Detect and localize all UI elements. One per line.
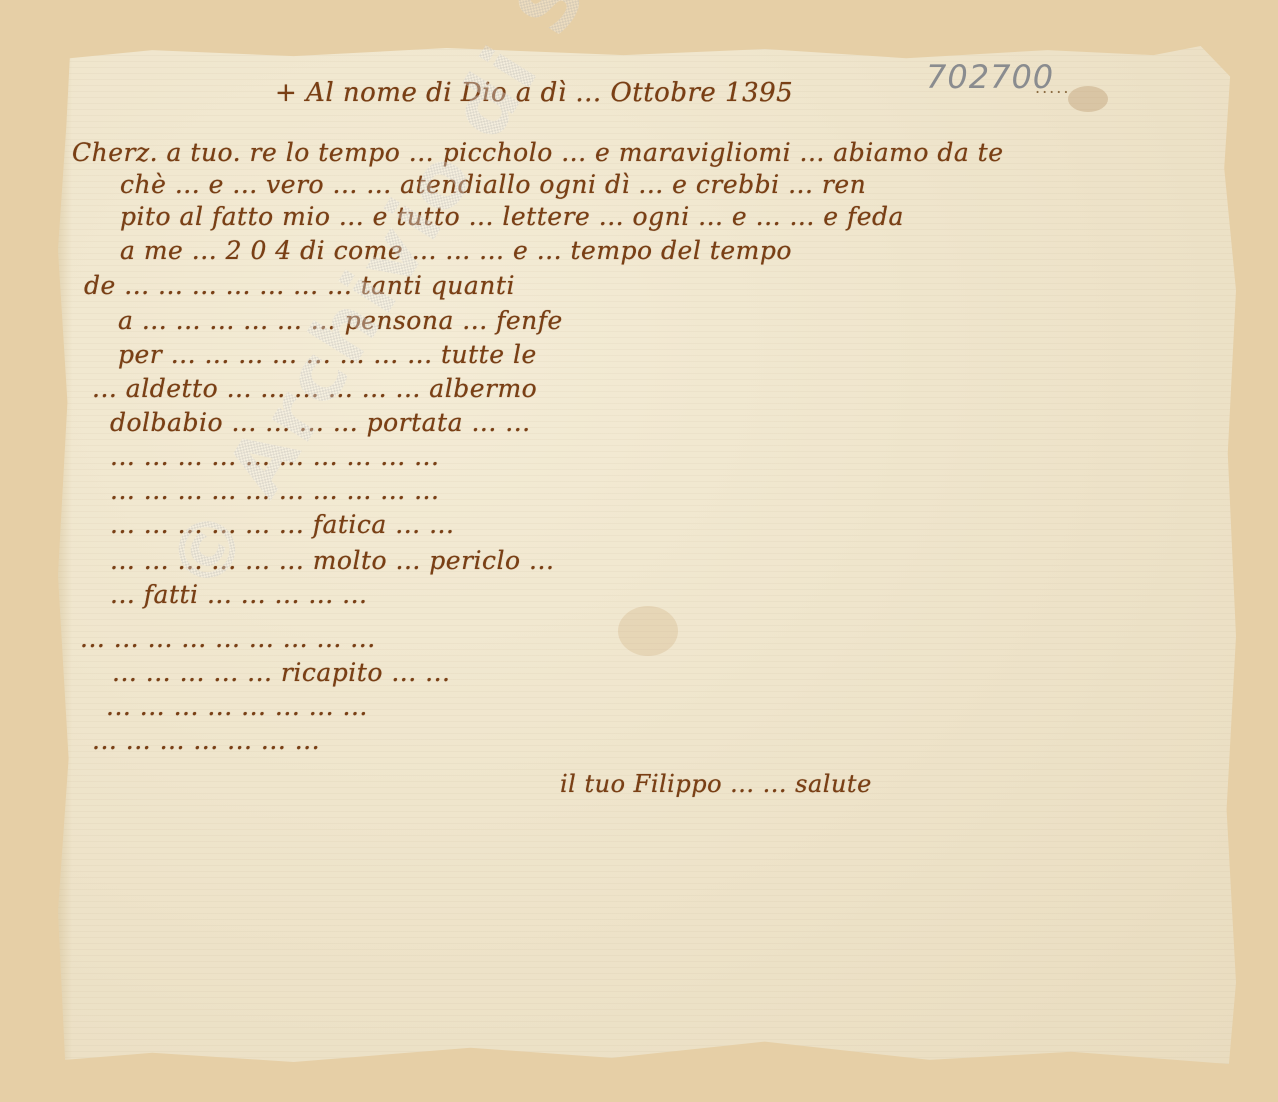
text-line: ... ... ... ... ... ... ... ... ... xyxy=(80,624,376,653)
text-line: Cherz. a tuo. re lo tempo ... piccholo .… xyxy=(72,138,1004,167)
text-line: a me ... 2 0 4 di come ... ... ... e ...… xyxy=(120,236,792,265)
text-line: ... ... ... ... ... ... ... ... xyxy=(106,692,368,721)
text-line: ... ... ... ... ... ricapito ... ... xyxy=(112,658,450,687)
text-line: pito al fatto mio ... e tutto ... letter… xyxy=(120,202,904,231)
text-line: ... ... ... ... ... ... ... xyxy=(92,726,320,755)
signature: il tuo Filippo ... ... salute xyxy=(560,770,872,798)
archive-number-marks: ..... xyxy=(1035,78,1070,97)
paper-stain xyxy=(1068,86,1108,112)
text-line: de ... ... ... ... ... ... ... tanti qua… xyxy=(84,271,515,300)
paper-stain xyxy=(618,606,678,656)
